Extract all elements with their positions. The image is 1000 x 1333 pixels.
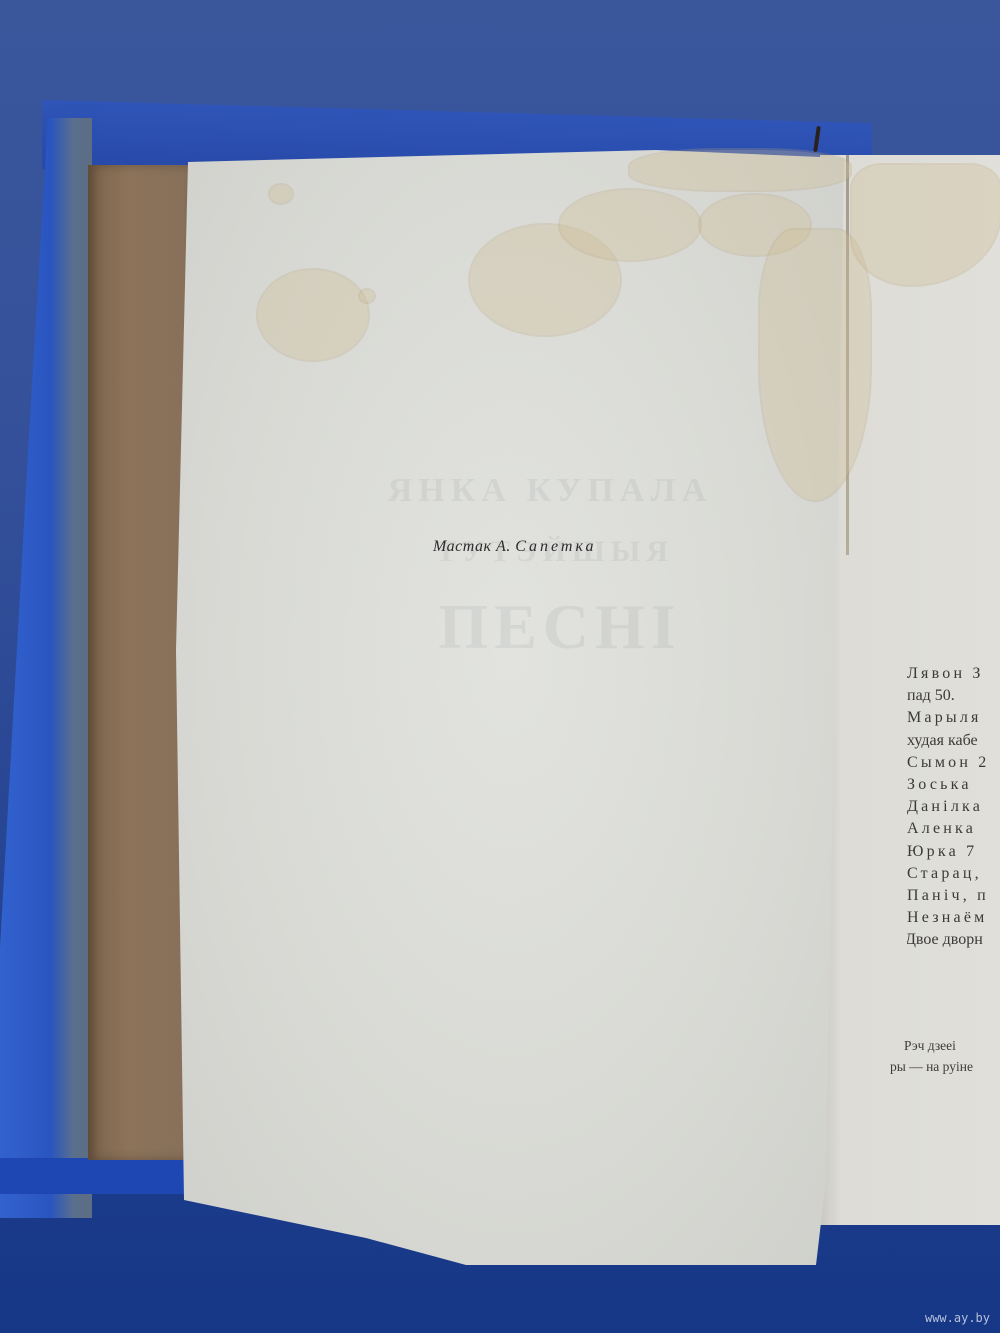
credit-prefix: Мастак А. [433, 538, 511, 555]
cast-entry: Юрка 7 [907, 841, 1000, 863]
cover-bottom-edge [0, 1158, 185, 1194]
stage-note-line: ры — на руіне [890, 1056, 1000, 1077]
photo-scene: ЯНКА КУПАЛА ТУТЭЙШЫЯ ПЕСНІ Мастак А. Сап… [0, 0, 1000, 1333]
water-stain [258, 270, 368, 360]
site-watermark: www.ay.by [925, 1311, 990, 1325]
cover-spine-edge [0, 118, 92, 1218]
credit-name: Сапетка [515, 538, 596, 555]
water-stain [630, 150, 850, 190]
show-through-title: ПЕСНІ [330, 590, 790, 664]
water-stain [360, 290, 374, 302]
cast-entry: худая кабе [907, 730, 1000, 752]
stage-note: Рэч дзееі ры — на руіне [890, 1035, 1000, 1077]
cast-entry: Лявон З [907, 663, 1000, 685]
ghost-line: ЯНКА КУПАЛА [320, 472, 780, 510]
illustrator-credit: Мастак А. Сапетка [433, 538, 597, 556]
inner-cardboard [88, 165, 188, 1160]
cast-entry: Зоська [907, 774, 1000, 796]
cast-entry: Аленка [907, 818, 1000, 840]
cast-entry: Старац, [907, 863, 1000, 885]
ghost-line: ПЕСНІ [330, 590, 790, 664]
cast-entry: Двое дворн [907, 929, 1000, 951]
cast-entry: Марыля [907, 707, 1000, 729]
cast-list: Лявон З пад 50. Марыля худая кабе Сымон … [907, 663, 1000, 952]
water-stain [560, 190, 700, 260]
cast-entry: пад 50. [907, 685, 1000, 707]
stage-note-line: Рэч дзееі [890, 1035, 1000, 1056]
water-stain [270, 185, 292, 203]
cast-entry: Незнаём [907, 907, 1000, 929]
cast-entry: Данілка [907, 796, 1000, 818]
cast-entry: Паніч, п [907, 885, 1000, 907]
cast-entry: Сымон 2 [907, 752, 1000, 774]
show-through-title: ЯНКА КУПАЛА [320, 472, 780, 510]
water-stain [760, 230, 870, 500]
